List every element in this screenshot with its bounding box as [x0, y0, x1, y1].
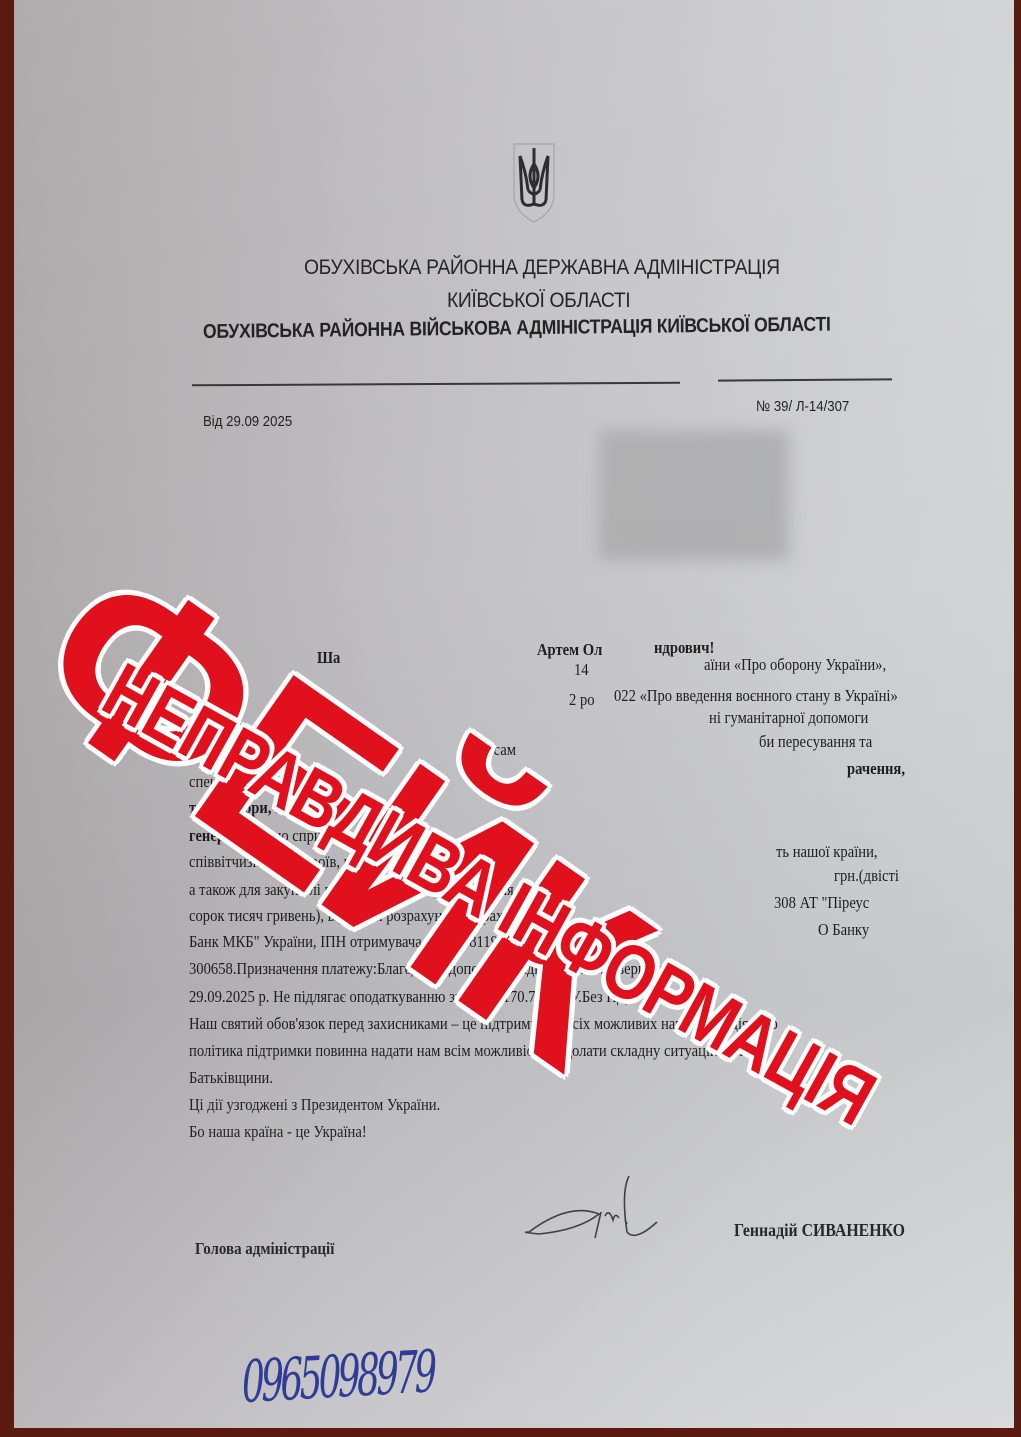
body-line-2-tail: 022 «Про введення воєнного стану в Украї…: [614, 686, 898, 706]
trident-coat-of-arms-icon: [512, 142, 556, 224]
header-divider-left: [192, 382, 680, 387]
signature: [509, 1172, 669, 1252]
salutation-right: Артем Ол: [537, 640, 602, 660]
body-line-9-tail: грн.(двісті: [834, 866, 899, 886]
body-line-8-tail: ть нашої країни,: [776, 842, 878, 862]
document-number: № 39/ Л-14/307: [756, 398, 849, 415]
body-line-1-mid: 14: [574, 660, 589, 680]
body-line-18: Бо наша країна - це Україна!: [189, 1122, 367, 1142]
handwritten-phone-number: 0965098979: [241, 1337, 434, 1416]
header-line-3: ОБУХІВСЬКА РАЙОННА ВІЙСЬКОВА АДМІНІСТРАЦ…: [203, 314, 831, 344]
body-line-4-tail: би пересування та: [759, 732, 872, 752]
header-divider-right: [718, 378, 892, 381]
body-line-10-tail: 308 АТ "Піреус: [774, 893, 869, 913]
body-line-5-tail: рачення,: [847, 759, 905, 779]
body-line-17: Ці дії узгоджені з Президентом України.: [189, 1095, 440, 1115]
header-line-1: ОБУХІВСЬКА РАЙОННА ДЕРЖАВНА АДМІНІСТРАЦІ…: [304, 256, 780, 280]
header-line-2: КИЇВСЬКОЇ ОБЛАСТІ: [447, 289, 630, 313]
signer-name: Геннадій СИВАНЕНКО: [734, 1220, 905, 1241]
body-line-1-tail: аїни «Про оборону України»,: [704, 655, 886, 675]
document-date: Від 29.09 2025: [203, 413, 292, 430]
redacted-addressee: [599, 430, 789, 560]
signature-title: Голова адміністрації: [195, 1239, 334, 1259]
body-line-11-tail: О Банку: [818, 920, 869, 940]
body-line-2-mid: 2 ро: [569, 690, 595, 710]
body-line-3-tail: ні гуманітарної допомоги: [709, 708, 868, 728]
body-line-16: Батьківщини.: [189, 1068, 273, 1088]
